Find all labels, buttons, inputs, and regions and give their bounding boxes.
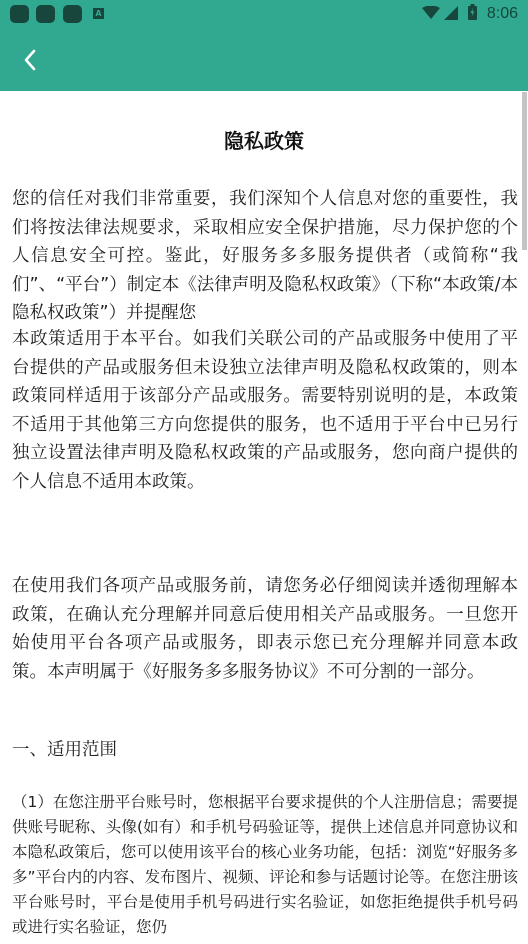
app-notification-icon xyxy=(10,5,29,23)
status-time: 8:06 xyxy=(487,5,518,23)
scope-paragraph: 本政策适用于本平台。如我们关联公司的产品或服务中使用了平台提供的产品或服务但未设… xyxy=(12,325,518,496)
status-bar: A 8:06 xyxy=(0,0,528,28)
keyboard-a-icon: A xyxy=(93,8,104,19)
intro-paragraph: 您的信任对我们非常重要，我们深知个人信息对您的重要性，我们将按法律法规要求，采取… xyxy=(12,185,518,328)
wifi-icon xyxy=(422,5,440,24)
battery-charging-icon xyxy=(468,4,477,24)
consent-paragraph: 在使用我们各项产品或服务前，请您务必仔细阅读并透彻理解本政策，在确认充分理解并同… xyxy=(12,572,518,686)
scrollbar[interactable] xyxy=(522,92,527,250)
policy-content[interactable]: 隐私政策 您的信任对我们非常重要，我们深知个人信息对您的重要性，我们将按法律法规… xyxy=(0,91,528,944)
back-button[interactable] xyxy=(16,48,44,76)
app-notification-icon xyxy=(36,5,55,23)
page-title: 隐私政策 xyxy=(0,125,528,154)
chevron-left-icon xyxy=(23,49,37,75)
cellular-signal-icon xyxy=(444,5,458,24)
clause-paragraph: （1）在您注册平台账号时，您根据平台要求提供的个人注册信息；需要提供账号昵称、头… xyxy=(12,790,518,940)
app-bar: A 8:06 xyxy=(0,0,528,91)
section-heading: 一、适用范围 xyxy=(12,736,518,765)
app-notification-icon xyxy=(63,5,82,23)
